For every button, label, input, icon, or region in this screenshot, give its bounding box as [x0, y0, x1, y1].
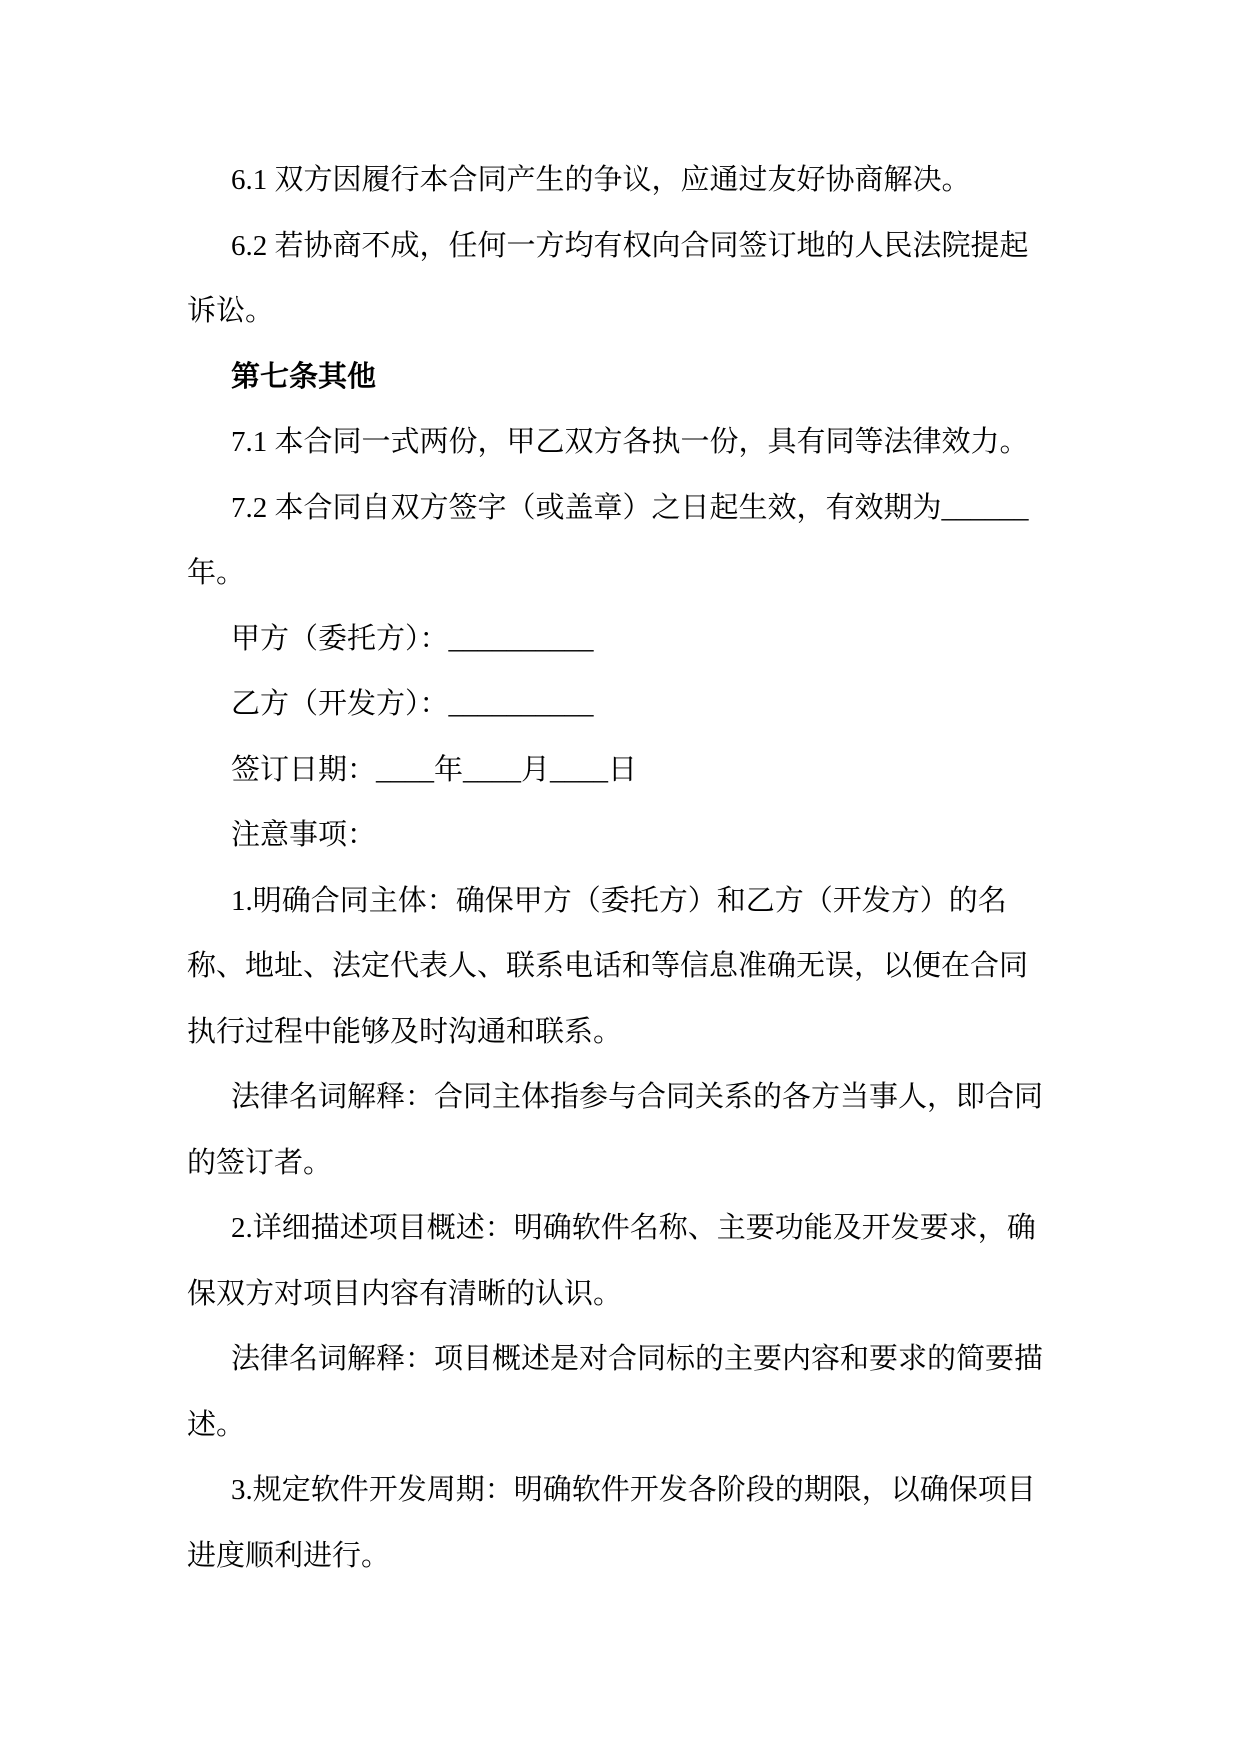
party-a-signature: 甲方（委托方）：__________ [231, 621, 594, 657]
legal-term-2-cont: 述。 [187, 1407, 245, 1443]
clause-7-2-cont: 年。 [187, 555, 245, 591]
legal-term-1: 法律名词解释：合同主体指参与合同关系的各方当事人，即合同 [231, 1079, 1043, 1115]
article-7-heading: 第七条其他 [231, 359, 376, 395]
clause-6-2-cont: 诉讼。 [187, 293, 274, 329]
party-b-signature: 乙方（开发方）：__________ [231, 686, 594, 722]
note-1: 1.明确合同主体：确保甲方（委托方）和乙方（开发方）的名 [231, 883, 1007, 919]
note-2-cont: 保双方对项目内容有清晰的认识。 [187, 1276, 622, 1312]
clause-7-2: 7.2 本合同自双方签字（或盖章）之日起生效，有效期为______ [231, 490, 1029, 526]
contract-document-page: 6.1 双方因履行本合同产生的争议，应通过友好协商解决。6.2 若协商不成，任何… [0, 0, 1240, 1753]
signing-date: 签订日期：____年____月____日 [231, 752, 637, 788]
note-2: 2.详细描述项目概述：明确软件名称、主要功能及开发要求，确 [231, 1210, 1036, 1246]
notes-heading: 注意事项： [231, 817, 376, 853]
note-1-cont-1: 称、地址、法定代表人、联系电话和等信息准确无误，以便在合同 [187, 948, 1028, 984]
note-3: 3.规定软件开发周期：明确软件开发各阶段的期限，以确保项目 [231, 1472, 1036, 1508]
legal-term-1-cont: 的签订者。 [187, 1145, 332, 1181]
clause-7-1: 7.1 本合同一式两份，甲乙双方各执一份，具有同等法律效力。 [231, 424, 1029, 460]
clause-6-1: 6.1 双方因履行本合同产生的争议，应通过友好协商解决。 [231, 162, 971, 198]
legal-term-2: 法律名词解释：项目概述是对合同标的主要内容和要求的简要描 [231, 1341, 1043, 1377]
clause-6-2: 6.2 若协商不成，任何一方均有权向合同签订地的人民法院提起 [231, 228, 1029, 264]
note-3-cont: 进度顺利进行。 [187, 1538, 390, 1574]
note-1-cont-2: 执行过程中能够及时沟通和联系。 [187, 1014, 622, 1050]
